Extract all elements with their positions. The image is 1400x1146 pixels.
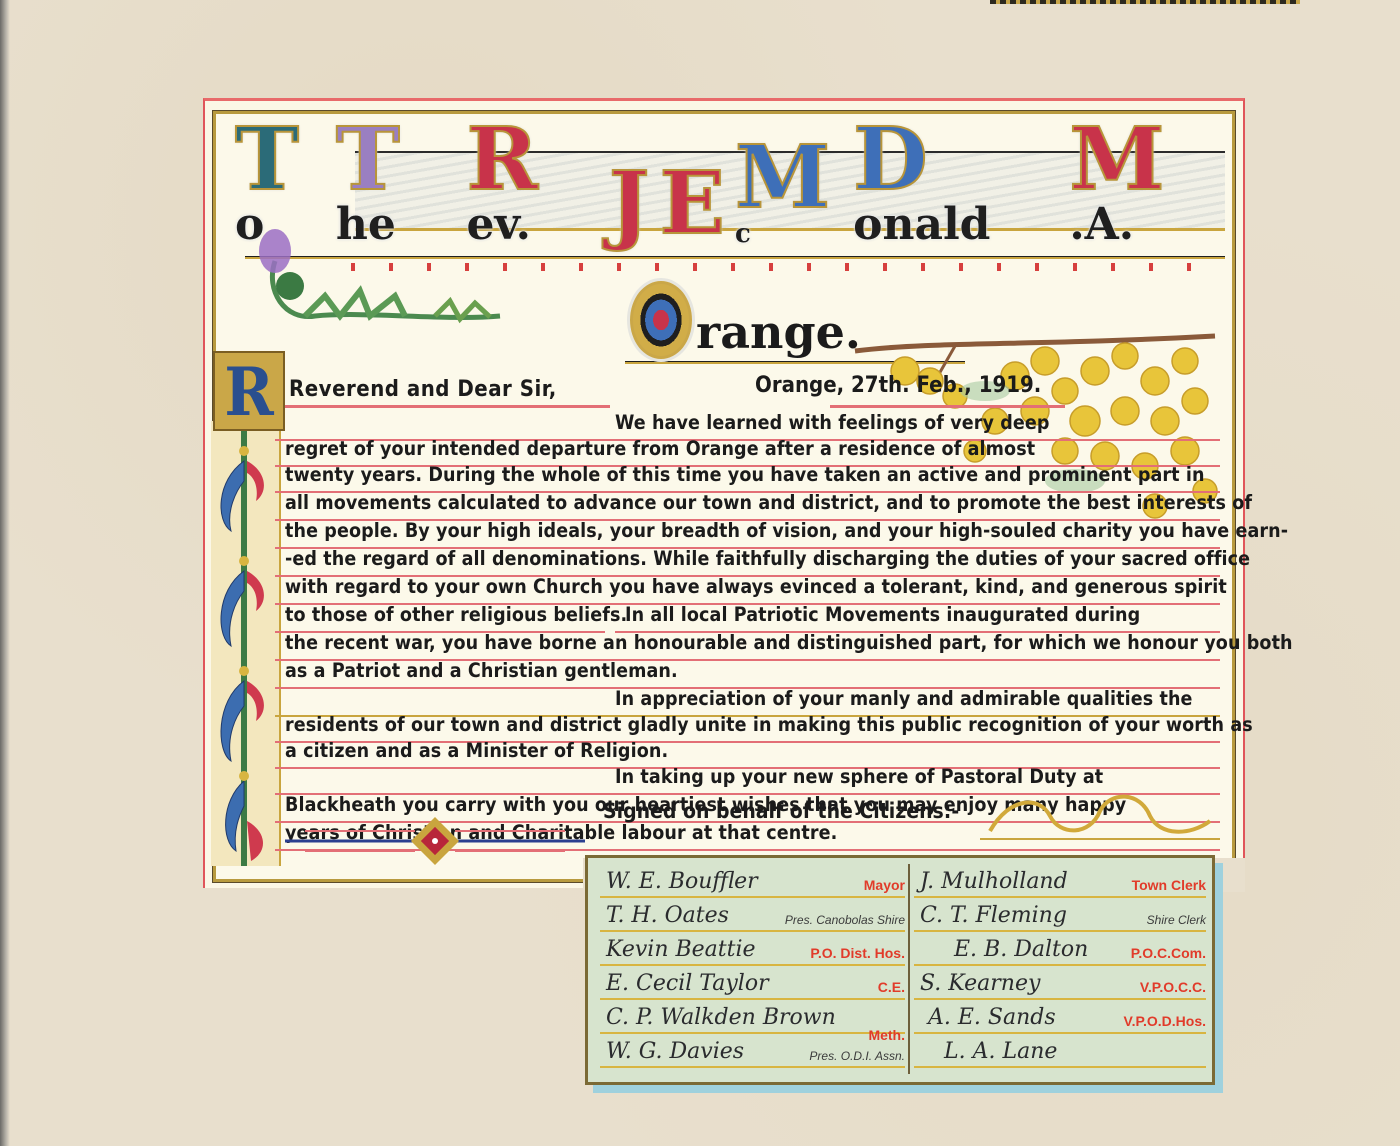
signature-name: W. G. Davies bbox=[606, 1039, 744, 1064]
title-word-j: J bbox=[609, 161, 650, 247]
acanthus-leaf-icon bbox=[211, 421, 281, 866]
signature-row: A. E. Sands V.P.O.D.Hos. bbox=[914, 1000, 1206, 1034]
signature-name: E. Cecil Taylor bbox=[606, 971, 769, 996]
signature-row: W. E. Bouffler Mayor bbox=[600, 864, 905, 898]
signature-title: Pres. Canobolas Shire bbox=[785, 914, 905, 926]
signature-row: C. P. Walkden Brown Meth. bbox=[600, 1000, 905, 1034]
signature-divider bbox=[908, 864, 910, 1074]
signature-row: C. T. Fleming Shire Clerk bbox=[914, 898, 1206, 932]
illuminated-o-icon bbox=[630, 281, 692, 359]
illuminated-certificate: To The Rev. J E Mc Donald M.A. range. bbox=[203, 98, 1245, 888]
text-line: all movements calculated to advance our … bbox=[285, 491, 1220, 521]
signature-title: Pres. O.D.I. Assn. bbox=[809, 1050, 905, 1062]
text-line: -ed the regard of all denominations. Whi… bbox=[285, 547, 1220, 577]
signature-row: E. B. Dalton P.O.C.Com. bbox=[914, 932, 1206, 966]
salutation: Reverend and Dear Sir, bbox=[289, 377, 557, 402]
signature-row: W. G. Davies Pres. O.D.I. Assn. bbox=[600, 1034, 905, 1068]
title-word-ma: M.A. bbox=[1069, 117, 1225, 247]
title-word-e: E bbox=[659, 161, 725, 247]
signature-name: J. Mulholland bbox=[920, 869, 1068, 894]
quatrefoil-ornament-icon bbox=[285, 801, 585, 881]
signature-title: C.E. bbox=[878, 980, 905, 994]
text-line: to those of other religious beliefs. bbox=[285, 603, 605, 633]
signature-title: Town Clerk bbox=[1132, 878, 1206, 892]
signature-title: V.P.O.C.C. bbox=[1140, 980, 1206, 994]
illuminated-initial-r: R bbox=[213, 351, 285, 431]
text-line: the people. By your high ideals, your br… bbox=[285, 519, 1220, 549]
dateline: Orange, 27th. Feb., 1919. bbox=[755, 373, 1041, 398]
title-word-donald: Donald bbox=[853, 117, 1059, 247]
closing-line: Signed on behalf of the Citizens:- bbox=[603, 799, 959, 823]
thistle-icon bbox=[245, 221, 505, 341]
text-line: twenty years. During the whole of this t… bbox=[285, 463, 1220, 493]
signature-name: A. E. Sands bbox=[928, 1005, 1056, 1030]
signature-title: Mayor bbox=[864, 878, 905, 892]
signature-row: L. A. Lane bbox=[914, 1034, 1206, 1068]
signature-row: Kevin Beattie P.O. Dist. Hos. bbox=[600, 932, 905, 966]
signature-title: P.O.C.Com. bbox=[1131, 946, 1206, 960]
signature-name: S. Kearney bbox=[920, 971, 1040, 996]
signature-name: T. H. Oates bbox=[606, 903, 729, 928]
signature-name: L. A. Lane bbox=[944, 1039, 1057, 1064]
signature-title: P.O. Dist. Hos. bbox=[810, 946, 905, 960]
signature-name: C. P. Walkden Brown bbox=[606, 1005, 836, 1030]
signature-title: V.P.O.D.Hos. bbox=[1124, 1014, 1206, 1028]
text-line: as a Patriot and a Christian gentleman. bbox=[285, 659, 1220, 689]
signature-row: T. H. Oates Pres. Canobolas Shire bbox=[600, 898, 905, 932]
date-rule bbox=[830, 405, 1065, 408]
signature-row: E. Cecil Taylor C.E. bbox=[600, 966, 905, 1000]
signature-row: S. Kearney V.P.O.C.C. bbox=[914, 966, 1206, 1000]
text-line: In all local Patriotic Movements inaugur… bbox=[625, 603, 1220, 633]
signature-panel: W. E. Bouffler Mayor T. H. Oates Pres. C… bbox=[585, 855, 1215, 1085]
title-place: range. bbox=[630, 281, 861, 359]
gold-flourish-icon bbox=[980, 791, 1220, 841]
signature-name: W. E. Bouffler bbox=[606, 869, 758, 894]
signature-name: C. T. Fleming bbox=[920, 903, 1067, 928]
signature-title: Shire Clerk bbox=[1147, 914, 1206, 926]
signature-name: Kevin Beattie bbox=[606, 937, 756, 962]
greeting-row: R Reverend and Dear Sir, Orange, 27th. F… bbox=[285, 359, 1220, 407]
text-line: the recent war, you have borne an honour… bbox=[285, 631, 1220, 661]
title-word-mc: Mc bbox=[735, 135, 843, 247]
text-line: with regard to your own Church you have … bbox=[285, 575, 1220, 605]
greeting-rule bbox=[285, 405, 610, 408]
album-top-trim bbox=[990, 0, 1300, 4]
album-binding-edge bbox=[0, 0, 10, 1146]
signature-row: J. Mulholland Town Clerk bbox=[914, 864, 1206, 898]
left-border-vine bbox=[211, 421, 281, 866]
signature-name: E. B. Dalton bbox=[954, 937, 1088, 962]
